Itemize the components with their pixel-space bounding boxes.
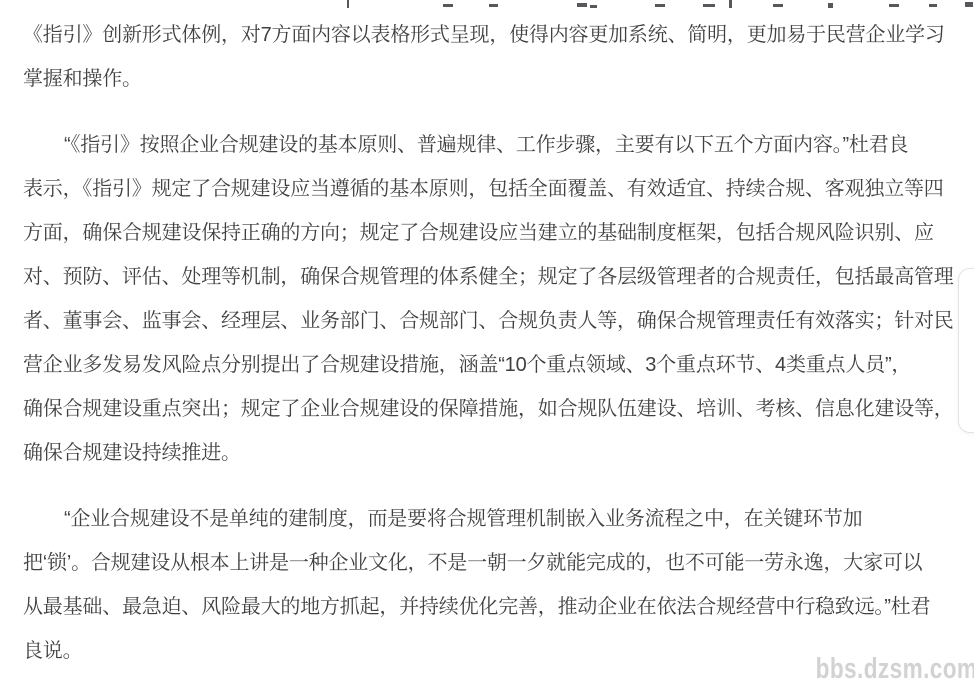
clipped-text-fragment — [828, 3, 833, 8]
text-line: 从最基础、最急迫、风险最大的地方抓起，并持续优化完善，推动企业在依法合规经营中行… — [23, 585, 968, 629]
text-line: “企业合规建设不是单纯的建制度，而是要将合规管理机制嵌入业务流程之中，在关键环节… — [23, 497, 968, 541]
clipped-text-fragment — [655, 4, 665, 7]
clipped-text-fragment — [965, 2, 973, 7]
text-line: 把‘锁’。合规建设从根本上讲是一种企业文化，不是一朝一夕就能完成的，也不可能一劳… — [23, 541, 968, 585]
text-line: 者、董事会、监事会、经理层、业务部门、合规部门、合规负责人等，确保合规管理责任有… — [23, 299, 968, 343]
watermark: bbs.dzsm.com — [815, 653, 974, 686]
text-line: “《指引》按照企业合规建设的基本原则、普遍规律、工作步骤，主要有以下五个方面内容… — [23, 123, 968, 167]
clipped-text-fragment — [347, 0, 349, 8]
text-line: 对、预防、评估、处理等机制，确保合规管理的体系健全；规定了各层级管理者的合规责任… — [23, 255, 968, 299]
paragraph: “《指引》按照企业合规建设的基本原则、普遍规律、工作步骤，主要有以下五个方面内容… — [23, 123, 968, 475]
text-line: 表示，《指引》规定了合规建设应当遵循的基本原则，包括全面覆盖、有效适宜、持续合规… — [23, 167, 968, 211]
clipped-text-fragment — [703, 4, 715, 7]
side-panel[interactable] — [958, 268, 974, 433]
text-line: 确保合规建设重点突出；规定了企业合规建设的保障措施，如合规队伍建设、培训、考核、… — [23, 387, 968, 431]
text-line: 方面，确保合规建设保持正确的方向；规定了合规建设应当建立的基础制度框架，包括合规… — [23, 211, 968, 255]
clipped-text-fragment — [929, 4, 937, 7]
clipped-text-fragment — [889, 4, 899, 7]
text-line: 《指引》创新形式体例，对7方面内容以表格形式呈现，使得内容更加系统、简明，更加易… — [23, 13, 968, 57]
article-body: 《指引》创新形式体例，对7方面内容以表格形式呈现，使得内容更加系统、简明，更加易… — [23, 13, 968, 687]
paragraph: 《指引》创新形式体例，对7方面内容以表格形式呈现，使得内容更加系统、简明，更加易… — [23, 13, 968, 101]
text-line: 确保合规建设持续推进。 — [23, 431, 968, 475]
clipped-text-fragment — [729, 0, 732, 8]
text-line: 营企业多发易发风险点分别提出了合规建设措施，涵盖“10个重点领域、3个重点环节、… — [23, 343, 968, 387]
clipped-text-fragment — [443, 4, 453, 7]
clipped-text-fragment — [489, 4, 498, 7]
text-line: 掌握和操作。 — [23, 57, 968, 101]
paragraph: “企业合规建设不是单纯的建制度，而是要将合规管理机制嵌入业务流程之中，在关键环节… — [23, 497, 968, 673]
clipped-text-fragment — [590, 5, 597, 8]
clipped-text-fragment — [773, 4, 783, 7]
clipped-text-fragment — [577, 3, 587, 7]
